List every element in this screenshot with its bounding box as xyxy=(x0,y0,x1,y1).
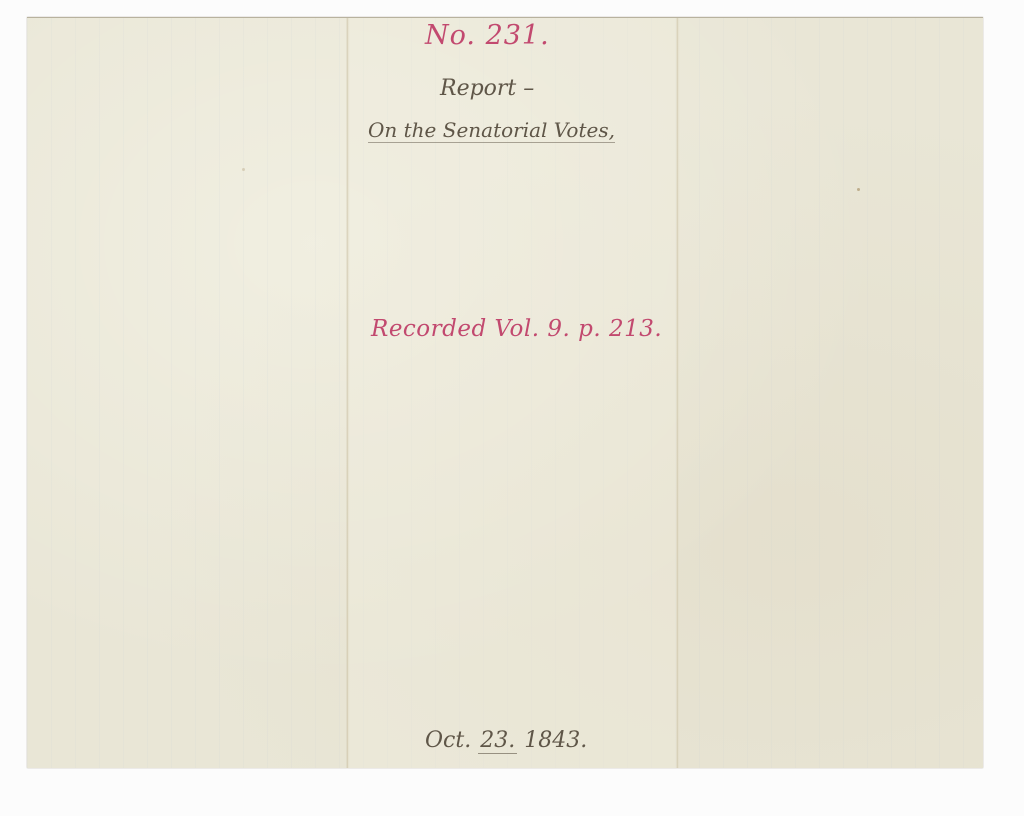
fold-crease-left xyxy=(346,18,350,768)
document-sheet: No. 231. Report – On the Senatorial Vote… xyxy=(27,17,983,768)
date-year: 1843. xyxy=(524,728,587,753)
date-day: 23. xyxy=(478,728,517,754)
fold-crease-right xyxy=(676,18,680,768)
left-fold-panel xyxy=(27,18,348,768)
right-fold-panel xyxy=(678,18,983,768)
docket-subject: On the Senatorial Votes, xyxy=(368,118,615,142)
date-month: Oct. xyxy=(425,728,471,753)
docket-date: Oct. 23. 1843. xyxy=(425,728,587,753)
docket-number: No. 231. xyxy=(425,20,550,51)
docket-title: Report – xyxy=(440,76,534,101)
paper-speck xyxy=(242,168,245,171)
recorded-note: Recorded Vol. 9. p. 213. xyxy=(371,316,662,342)
scan-background: No. 231. Report – On the Senatorial Vote… xyxy=(0,0,1024,816)
paper-speck xyxy=(857,188,860,191)
docket-subject-text: On the Senatorial Votes, xyxy=(368,118,615,143)
